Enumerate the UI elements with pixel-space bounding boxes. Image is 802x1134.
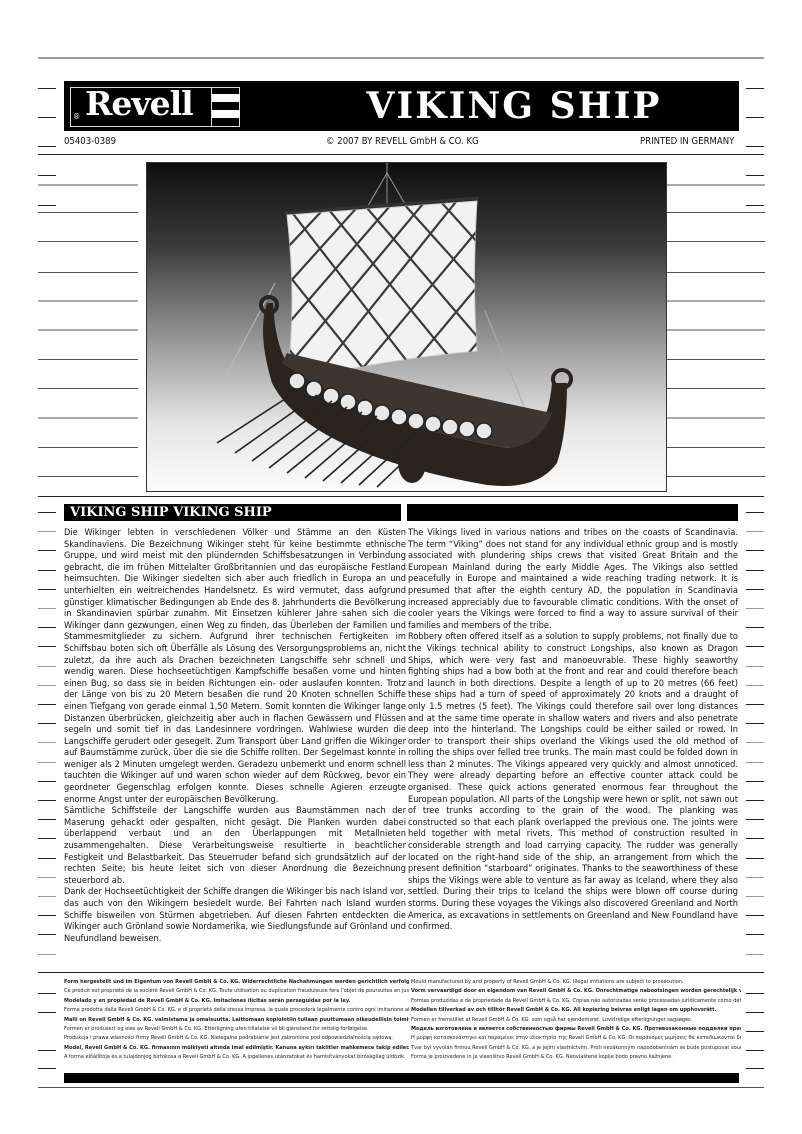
legal-line: Forma prodotta dalla Revell GmbH & Co. K… (64, 1006, 409, 1015)
margin-tick (746, 550, 764, 551)
margin-tick (38, 1050, 56, 1051)
header-banner: ® Revell VIKING SHIP (64, 81, 739, 131)
legal-line: A forma előállítója és a tulajdonjog bir… (64, 1053, 409, 1062)
margin-tick (38, 666, 56, 667)
margin-tick (746, 175, 764, 176)
margin-line (38, 476, 138, 477)
margin-tick (746, 117, 764, 118)
english-paragraph: Robbery often offered itself as a soluti… (408, 631, 738, 932)
margin-line (665, 241, 765, 242)
article-number: 05403-0389 (64, 136, 116, 147)
margin-tick (746, 608, 764, 609)
margin-tick (38, 117, 56, 118)
margin-tick (746, 627, 764, 628)
margin-tick (746, 1012, 764, 1013)
margin-tick (746, 88, 764, 89)
margin-tick (746, 704, 764, 705)
margin-tick (38, 531, 56, 532)
english-section-heading (407, 504, 738, 521)
margin-tick (746, 146, 764, 147)
margin-line (38, 388, 138, 389)
margin-line (38, 447, 138, 448)
english-text-column: The Vikings lived in various nations and… (408, 527, 738, 933)
margin-tick (38, 1012, 56, 1013)
legal-line: Η μορφή κατασκευάστηκε και παραμένει στη… (411, 1034, 741, 1043)
margin-tick (38, 627, 56, 628)
german-paragraph: Die Wikinger lebten in verschiedenen Völ… (64, 527, 406, 805)
margin-line (665, 388, 765, 389)
margin-tick (746, 781, 764, 782)
legal-notice-right: Mould manufactured by and property of Re… (411, 978, 741, 1063)
margin-line (665, 184, 765, 186)
margin-line (38, 184, 138, 186)
copyright: © 2007 BY REVELL GmbH & CO. KG (326, 136, 479, 147)
margin-tick (746, 742, 764, 743)
legal-line: Model, Revell GmbH & Co. KG. firmasının … (64, 1044, 409, 1053)
legal-line: Forma je proizvedene in je vlasništvo Re… (411, 1053, 741, 1062)
registered-mark: ® (73, 112, 80, 121)
margin-tick (746, 666, 764, 667)
revell-logo: ® Revell (70, 87, 240, 127)
margin-tick (746, 646, 764, 647)
margin-line (38, 241, 138, 242)
margin-tick (746, 1050, 764, 1051)
margin-tick (38, 742, 56, 743)
printed-in: PRINTED IN GERMANY (640, 136, 734, 147)
english-paragraph: The Vikings lived in various nations and… (408, 527, 738, 631)
german-paragraph: Sämtliche Schiffsteile der Langschiffe w… (64, 805, 406, 886)
margin-line (38, 359, 138, 360)
margin-tick (38, 88, 56, 89)
viking-ship-icon (147, 163, 666, 491)
margin-line (38, 300, 138, 302)
margin-tick (38, 877, 56, 878)
page-title: VIKING SHIP (314, 85, 714, 127)
margin-tick (38, 800, 56, 801)
german-paragraph: Dank der Hochseetüchtigkeit der Schiffe … (64, 886, 406, 944)
footer-bar (64, 1073, 739, 1083)
top-rule (38, 57, 764, 59)
margin-line (665, 329, 765, 331)
legal-line: Formen er produsert og eies av Revell Gm… (64, 1025, 409, 1034)
legal-line: Modelado y en propiedad de Revell GmbH &… (64, 997, 409, 1006)
margin-tick (746, 589, 764, 590)
margin-tick (746, 512, 764, 513)
margin-tick (746, 723, 764, 724)
margin-line (38, 272, 138, 273)
legal-line: Vorm vervaardigd door en eigendom van Re… (411, 987, 741, 996)
legal-line: Produkcja i prawa własności firmy Revell… (64, 1034, 409, 1043)
margin-line (665, 476, 765, 477)
margin-line (665, 447, 765, 448)
legal-line: Ce produit est propriété de la société R… (64, 987, 409, 996)
margin-tick (746, 685, 764, 686)
legal-notice-left: Form hergestellt und im Eigentum von Rev… (64, 978, 409, 1063)
margin-tick (38, 838, 56, 839)
margin-tick (746, 205, 764, 206)
legal-rule (38, 972, 764, 973)
margin-tick (38, 512, 56, 513)
margin-tick (38, 589, 56, 590)
margin-tick (38, 781, 56, 782)
margin-tick (38, 896, 56, 897)
legal-line: Malli on Revell GmbH & Co. KG. valmistam… (64, 1016, 409, 1025)
margin-tick (38, 993, 56, 994)
margin-tick (746, 858, 764, 859)
margin-tick (746, 531, 764, 532)
margin-tick (746, 838, 764, 839)
margin-line (665, 359, 765, 360)
margin-tick (38, 608, 56, 609)
margin-tick (746, 993, 764, 994)
margin-tick (38, 954, 56, 955)
margin-line (665, 300, 765, 302)
margin-line (38, 329, 138, 331)
legal-line: Formen er fremstillet af Revell GmbH & C… (411, 1016, 741, 1025)
margin-tick (38, 934, 56, 935)
margin-tick (38, 762, 56, 763)
german-text-column: Die Wikinger lebten in verschiedenen Völ… (64, 527, 406, 944)
margin-tick (746, 1031, 764, 1032)
margin-line (38, 417, 138, 419)
margin-tick (746, 877, 764, 878)
legal-line: Mould manufactured by and property of Re… (411, 978, 741, 987)
legal-line: Модель изготовлена и является собственно… (411, 1025, 741, 1034)
margin-tick (746, 800, 764, 801)
margin-tick (746, 954, 764, 955)
legal-line: Tvar byl vyvolán firmou Revell GmbH & Co… (411, 1044, 741, 1053)
legal-line: Modellen tillverkad av och tillhör Revel… (411, 1006, 741, 1015)
margin-tick (746, 896, 764, 897)
legal-line: Form hergestellt und im Eigentum von Rev… (64, 978, 409, 987)
margin-tick (38, 646, 56, 647)
margin-line (38, 212, 138, 213)
margin-tick (746, 934, 764, 935)
margin-tick (38, 175, 56, 176)
viking-ship-photo (146, 162, 667, 492)
margin-tick (38, 685, 56, 686)
brand-name: Revell (85, 84, 193, 123)
margin-tick (38, 915, 56, 916)
margin-tick (746, 819, 764, 820)
margin-tick (38, 858, 56, 859)
margin-tick (38, 205, 56, 206)
legal-line: Formas produzidas e de propriedade da Re… (411, 997, 741, 1006)
margin-tick (746, 570, 764, 571)
margin-tick (746, 915, 764, 916)
margin-line (665, 417, 765, 419)
margin-tick (38, 570, 56, 571)
info-rule (38, 154, 764, 155)
bottom-rule (38, 1087, 764, 1088)
photo-rule (38, 496, 764, 497)
margin-tick (38, 550, 56, 551)
margin-tick (38, 146, 56, 147)
logo-stripes-icon (211, 88, 240, 126)
margin-tick (38, 704, 56, 705)
margin-tick (38, 723, 56, 724)
margin-tick (746, 1068, 764, 1069)
margin-line (665, 212, 765, 213)
margin-tick (38, 1068, 56, 1069)
margin-line (665, 272, 765, 273)
german-section-heading: VIKING SHIP VIKING SHIP (64, 504, 401, 521)
margin-tick (38, 819, 56, 820)
margin-tick (746, 762, 764, 763)
